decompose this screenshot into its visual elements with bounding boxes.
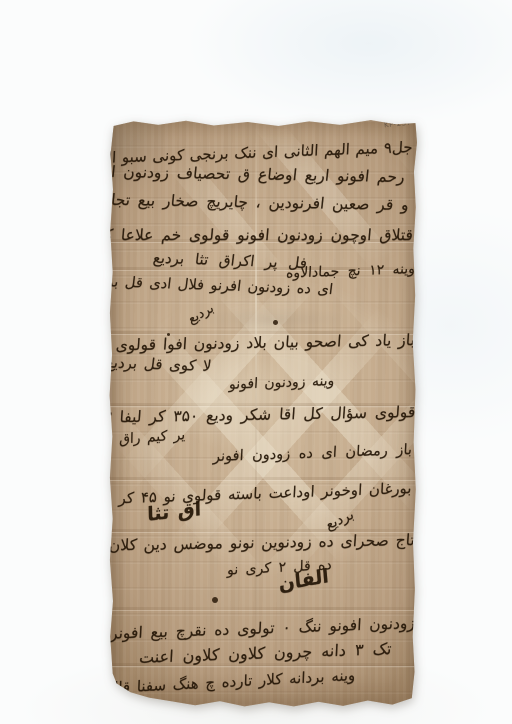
ink-dot: [273, 320, 278, 325]
manuscript-line: بورغان اوخونر اوداعت باسته قولوی نو ۴۵ ک…: [73, 479, 412, 509]
manuscript-line: بردیع: [186, 301, 216, 328]
manuscript-paper: KP-237 جل٩ میم الهم الثانی ای ننک برنجی …: [109, 119, 417, 707]
manuscript-line: تاج صحرای ده زودنوین نونو موضس دین کلان …: [69, 531, 416, 555]
manuscript-line: اق تثا: [147, 498, 201, 526]
manuscript-line: وینه ۱۲ نچ جمادالاوه: [286, 261, 416, 282]
manuscript-line: وینه زودنون افونو: [228, 373, 334, 393]
manuscript-line: بردیع: [324, 506, 356, 533]
manuscript-line: زودنون افونو ننگ ۰ تولوی ده نقرچ بیع افو…: [110, 614, 416, 643]
ink-dot: [212, 597, 218, 603]
manuscript-line: باز رمضان ای ده زودون افونر: [213, 442, 413, 465]
manuscript-line: و قر صعین افرنودین ، چایریچ صخار بیع تجا…: [88, 190, 410, 214]
ink-dot: [167, 333, 170, 336]
text-layer: جل٩ میم الهم الثانی ای ننک برنجی کونی سب…: [109, 119, 417, 707]
manuscript-line: فل پر اکراق تثا بردیع: [152, 249, 308, 272]
manuscript-line: یر کیم راق: [119, 427, 185, 448]
manuscript-line: تک ۳ دانه چرون کلاون کلاون اعنت: [138, 639, 391, 667]
manuscript-line: لا کوی قل بردیع: [105, 353, 212, 375]
manuscript-line: رحم افونو اربع اوضاع ق تحصیاف زودنون افو…: [82, 162, 405, 186]
manuscript-line: وینه بردانه کلار تارده چ هنگ سفنا قالوی: [94, 666, 356, 698]
paper-sheet: KP-237 جل٩ میم الهم الثانی ای ننک برنجی …: [109, 119, 417, 707]
manuscript-line: قولوی سؤال کل اقا شکر ودیع ۳۵۰ کر لیفا ۴…: [94, 403, 416, 427]
manuscript-line: باز یاد کی اصحو بیان بلاد زودنون افوا قو…: [96, 331, 416, 355]
manuscript-line: قتلاق اوچون زودنون افونو قولوی خم علاعا …: [84, 226, 414, 244]
